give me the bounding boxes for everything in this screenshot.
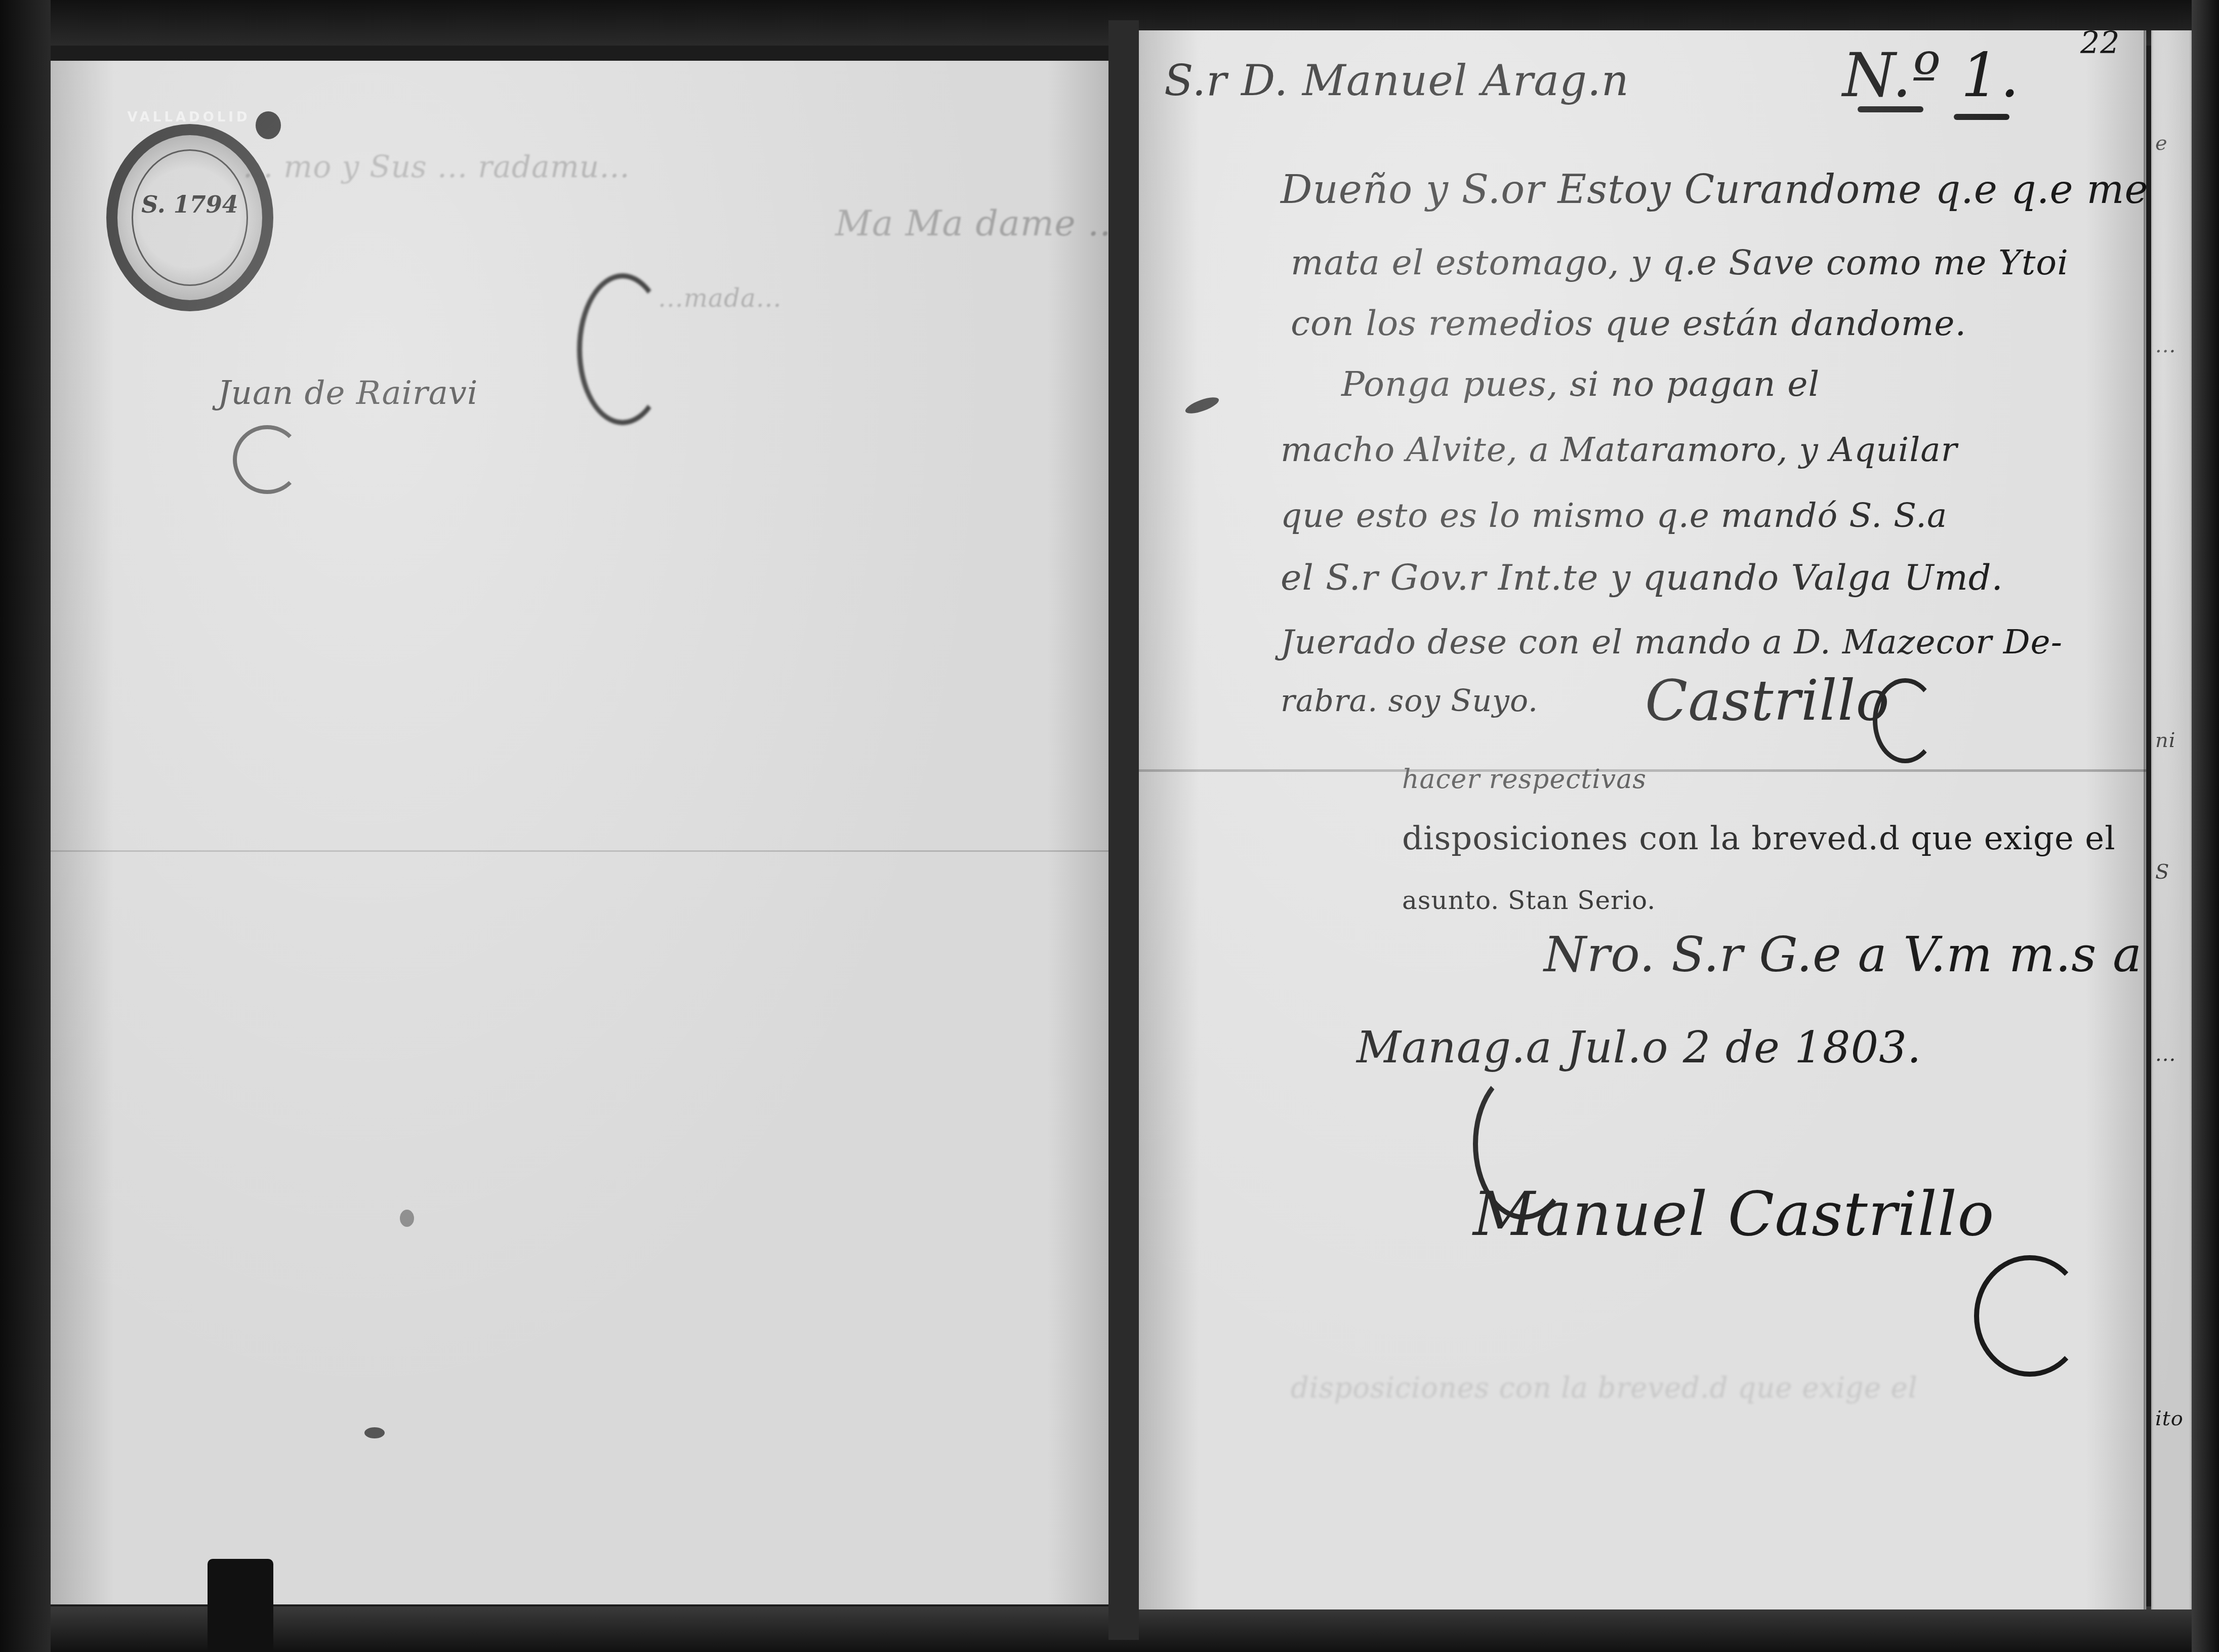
letter-line: el S.r Gov.r Int.te y quando Valga Umd. <box>1281 557 2003 598</box>
book-gutter <box>1108 20 1139 1640</box>
margin-fragment: e <box>2155 132 2168 155</box>
scan-frame-right <box>2192 0 2219 1652</box>
lower-line: asunto. Stan Serio. <box>1402 886 1656 915</box>
left-page: VALLADOLID S. 1794 ... mo y Sus ... rada… <box>51 61 1111 1604</box>
bleed-through-line: ... mo y Sus ... radamu... <box>243 149 630 185</box>
short-signature-rubric <box>1873 678 1938 763</box>
letter-line: Ponga pues, si no pagan el <box>1341 364 1820 404</box>
signature-rubric <box>233 425 302 494</box>
bleed-through-rubric <box>577 273 668 425</box>
ink-spot <box>364 1427 385 1438</box>
page-fold <box>51 850 1111 852</box>
margin-fragment: ... <box>2155 1043 2176 1066</box>
folio-number: 22 <box>2080 30 2120 61</box>
seal-center-text: S. 1794 <box>117 191 262 218</box>
seal-ring-text: VALLADOLID <box>105 110 272 125</box>
ink-spot <box>400 1210 414 1227</box>
letter-line: Juerado dese con el mando a D. Mazecor D… <box>1281 623 2063 662</box>
closing-formula: Nro. S.r G.e a V.m m.s a.s <box>1544 926 2146 983</box>
signature-rubric <box>1974 1255 2085 1377</box>
page-edge-rule <box>2144 30 2146 1609</box>
letter-line: con los remedios que están dandome. <box>1291 304 1966 344</box>
bleed-through-line: ...mada... <box>658 283 782 313</box>
short-signature: Castrillo <box>1645 668 1890 733</box>
item-number: N.º 1. <box>1842 40 2020 111</box>
item-number-underline <box>1858 106 1923 112</box>
margin-fragment: ... <box>2155 334 2176 357</box>
underlying-page-margin: e ... ni S ... ito <box>2151 30 2192 1609</box>
letter-line: Dueño y S.or Estoy Curandome q.e q.e me <box>1281 167 2146 213</box>
addressee: S.r D. Manuel Arag.n <box>1164 56 1629 105</box>
letter-line: rabra. soy Suyo. <box>1281 683 1538 719</box>
signature-flourish <box>1473 1068 1574 1220</box>
item-number-underline <box>1954 114 2009 120</box>
margin-fragment: S <box>2155 860 2169 884</box>
margin-fragment: ito <box>2155 1407 2184 1430</box>
margin-fragment: ni <box>2155 729 2176 752</box>
right-page: S.r D. Manuel Arag.n N.º 1. 22 Dueño y S… <box>1139 30 2146 1609</box>
date-line: Manag.a Jul.o 2 de 1803. <box>1357 1022 1921 1073</box>
letter-line: que esto es lo mismo q.e mandó S. S.a <box>1281 496 1947 535</box>
left-page-signature: Juan de Rairavi <box>218 375 478 412</box>
bleed-through-text: disposiciones con la breved.d que exige … <box>1291 1372 1918 1405</box>
scan-frame-left <box>0 0 51 1652</box>
bleed-through-line: Ma Ma dame ... 2 ... <box>835 202 1111 244</box>
ink-mark <box>1183 394 1220 417</box>
cut-off-line: hacer respectivas <box>1402 764 1647 795</box>
letter-line: macho Alvite, a Mataramoro, y Aquilar <box>1281 430 1957 469</box>
scan-clip <box>208 1559 273 1652</box>
letter-line: mata el estomago, y q.e Save como me Yto… <box>1291 243 2069 283</box>
lower-line: disposiciones con la breved.d que exige … <box>1402 820 2116 857</box>
ink-blot <box>256 111 281 139</box>
